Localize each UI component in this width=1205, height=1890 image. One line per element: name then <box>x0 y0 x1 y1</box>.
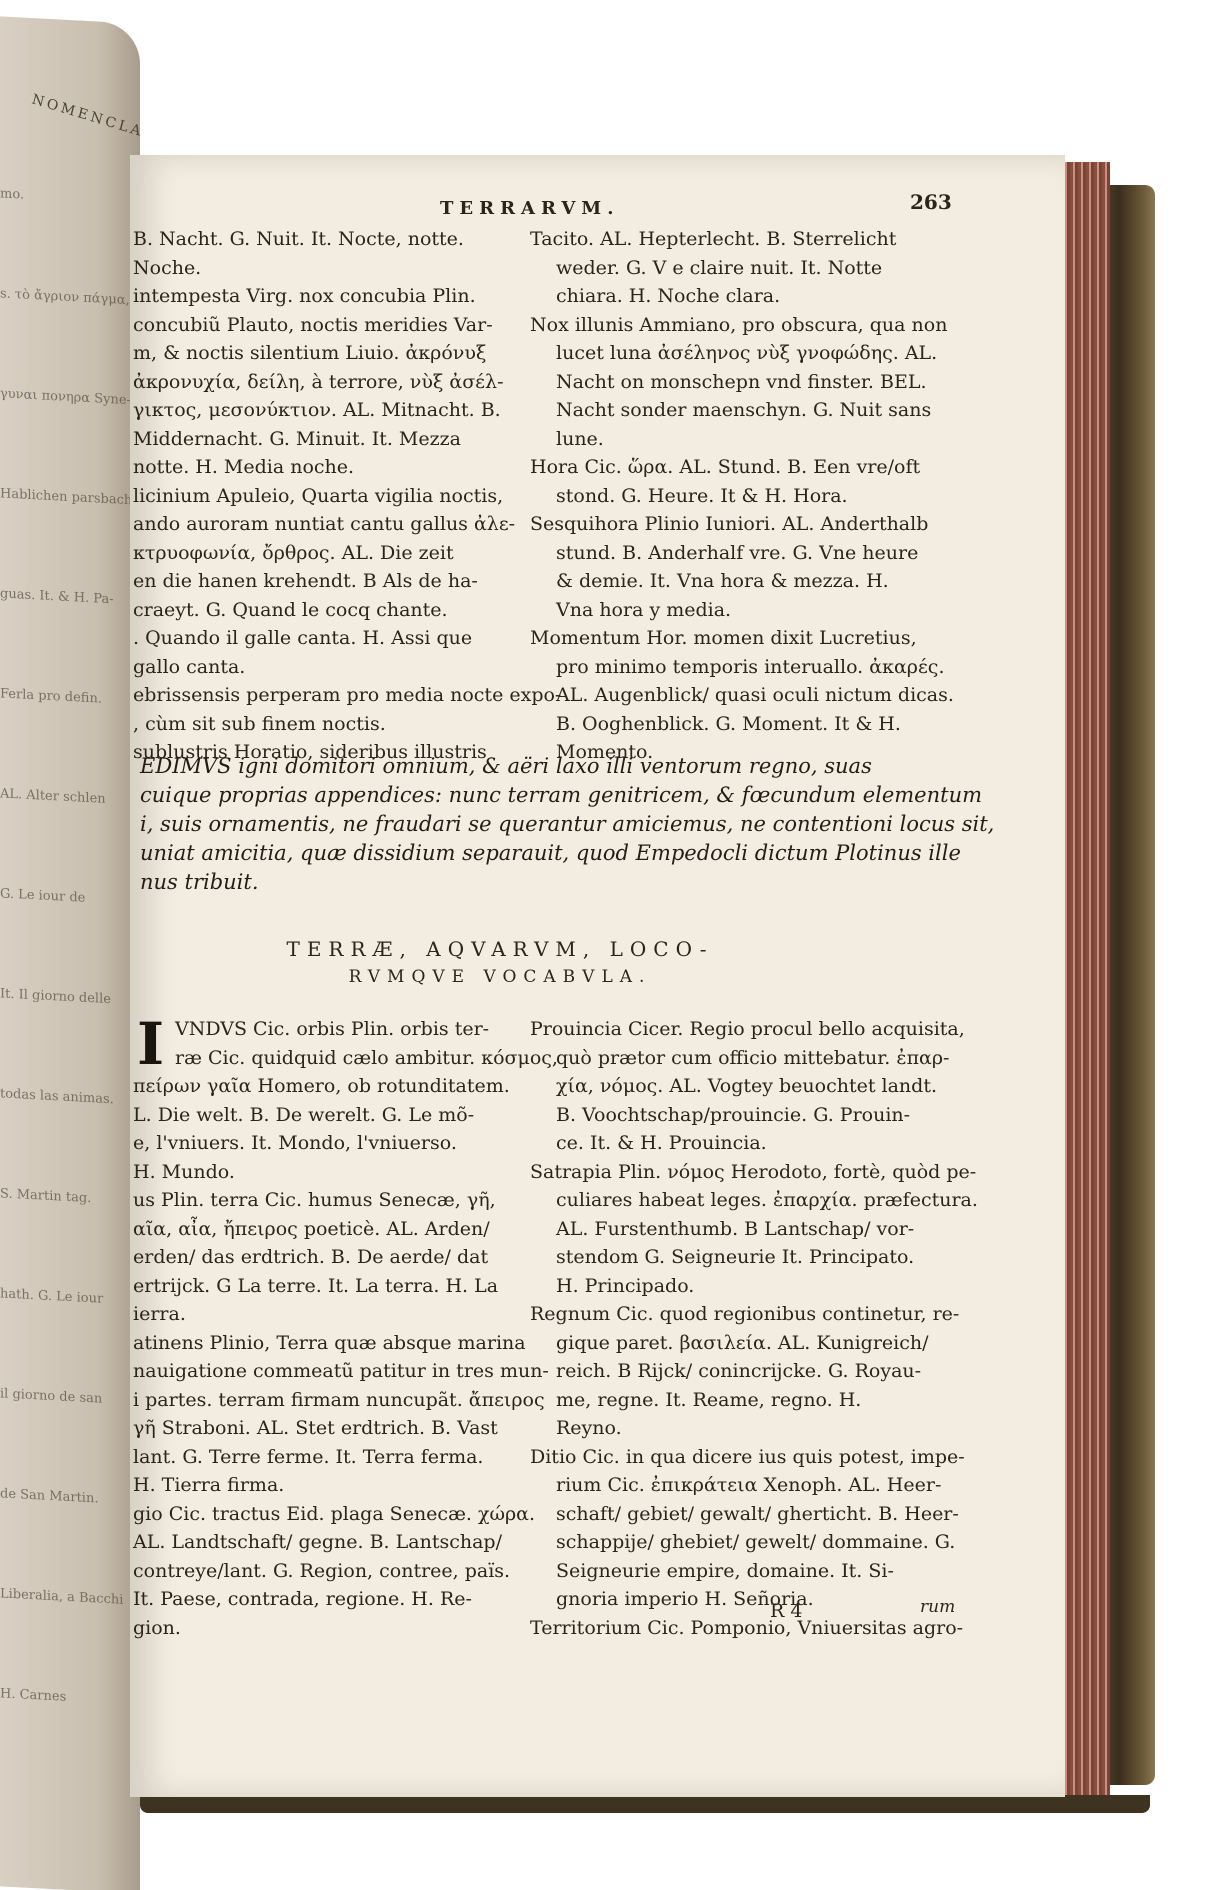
text-line: pro minimo temporis interuallo. ἀκαρές. <box>530 653 960 682</box>
section-title-line-1: TERRÆ, AQVARVM, LOCO- <box>250 935 750 963</box>
text-line: schappije/ ghebiet/ gewelt/ dommaine. G. <box>530 1528 960 1557</box>
text-line: stond. G. Heure. It & H. Hora. <box>530 482 960 511</box>
text-line: weder. G. V e claire nuit. It. Notte <box>530 254 960 283</box>
left-running-head: NOMENCLATV <box>30 91 140 147</box>
text-line: H. Principado. <box>530 1272 960 1301</box>
text-line: Reyno. <box>530 1414 960 1443</box>
book-bottom-board <box>140 1795 1150 1813</box>
text-line: lune. <box>530 425 960 454</box>
text-line: , cùm sit sub finem noctis. <box>133 710 533 739</box>
text-line: Prouincia Cicer. Regio procul bello acqu… <box>530 1015 960 1044</box>
text-line: licinium Apuleio, Quarta vigilia noctis, <box>133 482 533 511</box>
section-title: TERRÆ, AQVARVM, LOCO- RVMQVE VOCABVLA. <box>250 935 750 991</box>
text-line: Regnum Cic. quod regionibus continetur, … <box>530 1300 960 1329</box>
text-line: AL. Landtschaft/ gegne. B. Lantschap/ <box>133 1528 533 1557</box>
text-line: Noche. <box>133 254 533 283</box>
text-line: Satrapia Plin. νόμος Herodoto, fortè, qu… <box>530 1158 960 1187</box>
introductory-paragraph: EDIMVS igni domitori omnium, & aëri laxo… <box>140 752 970 897</box>
left-page-line: S. Martin tag. <box>0 1186 140 1208</box>
right-column-top: Tacito. AL. Hepterlecht. B. Sterrelichtw… <box>530 225 960 767</box>
text-line: VNDVS Cic. orbis Plin. orbis ter- <box>133 1015 533 1044</box>
text-line: craeyt. G. Quand le cocq chante. <box>133 596 533 625</box>
text-line: m, & noctis silentium Liuio. ἀκρόνυξ <box>133 339 533 368</box>
left-page-line: Liberalia, a Bacchi <box>0 1586 140 1608</box>
running-head: TERRARVM. <box>440 198 619 219</box>
text-line: i partes. terram firmam nuncupãt. ἄπειρο… <box>133 1386 533 1415</box>
text-line: κτρυοφωνία, ὄρθρος. AL. Die zeit <box>133 539 533 568</box>
left-page-line: γυναι πονηρα Syne- <box>0 386 140 408</box>
text-line: πείρων γαῖα Homero, ob rotunditatem. <box>133 1072 533 1101</box>
facing-left-page: NOMENCLATV mo.s. τὸ ἄγριον πάγμα, ἀμά-γυ… <box>0 16 140 1890</box>
left-page-line: Hablichen parsbach. <box>0 486 140 508</box>
text-line: Middernacht. G. Minuit. It. Mezza <box>133 425 533 454</box>
text-line: Vna hora y media. <box>530 596 960 625</box>
text-line: ertrijck. G La terre. It. La terra. H. L… <box>133 1272 533 1301</box>
text-line: e, l'vniuers. It. Mondo, l'vniuerso. <box>133 1129 533 1158</box>
text-line: H. Mundo. <box>133 1158 533 1187</box>
text-line: & demie. It. Vna hora & mezza. H. <box>530 567 960 596</box>
left-column-bottom: VNDVS Cic. orbis Plin. orbis ter-ræ Cic.… <box>133 1015 533 1642</box>
text-line: stund. B. Anderhalf vre. G. Vne heure <box>530 539 960 568</box>
text-line: rium Cic. ἐπικράτεια Xenoph. AL. Heer- <box>530 1471 960 1500</box>
text-line: γικτος, μεσονύκτιον. AL. Mitnacht. B. <box>133 396 533 425</box>
right-column-bottom: Prouincia Cicer. Regio procul bello acqu… <box>530 1015 960 1642</box>
text-line: B. Nacht. G. Nuit. It. Nocte, notte. <box>133 225 533 254</box>
text-line: ἀκρονυχία, δείλη, à terrore, νὺξ ἀσέλ- <box>133 368 533 397</box>
text-line: Nacht sonder maenschyn. G. Nuit sans <box>530 396 960 425</box>
left-page-line: hath. G. Le iour <box>0 1286 140 1308</box>
text-line: me, regne. It. Reame, regno. H. <box>530 1386 960 1415</box>
text-line: i, suis ornamentis, ne fraudari se quera… <box>140 810 970 839</box>
text-line: lucet luna ἀσέληνος νὺξ γνοφώδης. AL. <box>530 339 960 368</box>
text-line: gnoria imperio H. Señoria. <box>530 1585 960 1614</box>
text-line: nus tribuit. <box>140 868 970 897</box>
section-title-line-2: RVMQVE VOCABVLA. <box>250 963 750 991</box>
text-line: uniat amicitia, quæ dissidium separauit,… <box>140 839 970 868</box>
text-line: contreye/lant. G. Region, contree, païs. <box>133 1557 533 1586</box>
text-line: gion. <box>133 1614 533 1643</box>
left-column-top: B. Nacht. G. Nuit. It. Nocte, notte.Noch… <box>133 225 533 767</box>
text-line: schaft/ gebiet/ gewalt/ gherticht. B. He… <box>530 1500 960 1529</box>
text-line: gique paret. βασιλεία. AL. Kunigreich/ <box>530 1329 960 1358</box>
text-line: ebrissensis perperam pro media nocte exp… <box>133 681 533 710</box>
text-line: culiares habeat leges. ἐπαρχία. præfectu… <box>530 1186 960 1215</box>
text-line: AL. Furstenthumb. B Lantschap/ vor- <box>530 1215 960 1244</box>
text-line: B. Ooghenblick. G. Moment. It & H. <box>530 710 960 739</box>
left-page-line: il giorno de san <box>0 1386 140 1408</box>
left-page-line: de San Martin. <box>0 1486 140 1508</box>
page-edges <box>1062 162 1110 1797</box>
text-line: concubiũ Plauto, noctis meridies Var- <box>133 311 533 340</box>
text-line: nauigatione commeatũ patitur in tres mun… <box>133 1357 533 1386</box>
left-page-line: It. Il giorno delle <box>0 986 140 1008</box>
text-line: chiara. H. Noche clara. <box>530 282 960 311</box>
left-page-text: mo.s. τὸ ἄγριον πάγμα, ἀμά-γυναι πονηρα … <box>0 16 140 23</box>
text-line: αῖα, αἶα, ἤπειρος poeticè. AL. Arden/ <box>133 1215 533 1244</box>
text-line: Territorium Cic. Pomponio, Vniuersitas a… <box>530 1614 960 1643</box>
text-line: L. Die welt. B. De werelt. G. Le mõ- <box>133 1101 533 1130</box>
text-line: intempesta Virg. nox concubia Plin. <box>133 282 533 311</box>
text-line: ræ Cic. quidquid cælo ambitur. κόσμος, <box>133 1044 533 1073</box>
text-line: χία, νόμος. AL. Vogtey beuochtet landt. <box>530 1072 960 1101</box>
text-line: Nacht on monschepn vnd finster. BEL. <box>530 368 960 397</box>
text-line: notte. H. Media noche. <box>133 453 533 482</box>
text-line: Nox illunis Ammiano, pro obscura, qua no… <box>530 311 960 340</box>
text-line: Hora Cic. ὥρα. AL. Stund. B. Een vre/oft <box>530 453 960 482</box>
text-line: EDIMVS igni domitori omnium, & aëri laxo… <box>140 752 970 781</box>
text-line: Ditio Cic. in qua dicere ius quis potest… <box>530 1443 960 1472</box>
text-line: gio Cic. tractus Eid. plaga Senecæ. χώρα… <box>133 1500 533 1529</box>
text-line: lant. G. Terre ferme. It. Terra ferma. <box>133 1443 533 1472</box>
left-page-line: AL. Alter schlen <box>0 786 140 808</box>
left-page-line: mo. <box>0 186 140 208</box>
text-line: ce. It. & H. Prouincia. <box>530 1129 960 1158</box>
text-line: H. Tierra firma. <box>133 1471 533 1500</box>
text-line: reich. B Rijck/ conincrijcke. G. Royau- <box>530 1357 960 1386</box>
text-line: Sesquihora Plinio Iuniori. AL. Anderthal… <box>530 510 960 539</box>
left-page-line: todas las animas. <box>0 1086 140 1108</box>
catchword: rum <box>920 1597 955 1617</box>
text-line: erden/ das erdtrich. B. De aerde/ dat <box>133 1243 533 1272</box>
signature-mark: R 4 <box>770 1600 802 1622</box>
text-line: stendom G. Seigneurie It. Principato. <box>530 1243 960 1272</box>
text-line: ando auroram nuntiat cantu gallus ἀλε- <box>133 510 533 539</box>
page-number: 263 <box>910 190 952 214</box>
left-page-line: s. τὸ ἄγριον πάγμα, ἀμά- <box>0 286 140 308</box>
text-line: cuique proprias appendices: nunc terram … <box>140 781 970 810</box>
text-line: quò prætor cum officio mittebatur. ἐπαρ- <box>530 1044 960 1073</box>
text-line: us Plin. terra Cic. humus Senecæ, γῆ, <box>133 1186 533 1215</box>
text-line: AL. Augenblick/ quasi oculi nictum dicas… <box>530 681 960 710</box>
left-page-line: G. Le iour de <box>0 886 140 908</box>
text-line: gallo canta. <box>133 653 533 682</box>
text-line: Tacito. AL. Hepterlecht. B. Sterrelicht <box>530 225 960 254</box>
text-line: en die hanen krehendt. B Als de ha- <box>133 567 533 596</box>
text-line: γῆ Straboni. AL. Stet erdtrich. B. Vast <box>133 1414 533 1443</box>
text-line: Momentum Hor. momen dixit Lucretius, <box>530 624 960 653</box>
text-line: It. Paese, contrada, regione. H. Re- <box>133 1585 533 1614</box>
left-page-line: H. Carnes <box>0 1686 140 1708</box>
text-line: ierra. <box>133 1300 533 1329</box>
left-page-line: Ferla pro defin. <box>0 686 140 708</box>
left-page-line: guas. It. & H. Pa- <box>0 586 140 608</box>
text-line: atinens Plinio, Terra quæ absque marina <box>133 1329 533 1358</box>
text-line: . Quando il galle canta. H. Assi que <box>133 624 533 653</box>
text-line: Seigneurie empire, domaine. It. Si- <box>530 1557 960 1586</box>
text-line: B. Voochtschap/prouincie. G. Prouin- <box>530 1101 960 1130</box>
